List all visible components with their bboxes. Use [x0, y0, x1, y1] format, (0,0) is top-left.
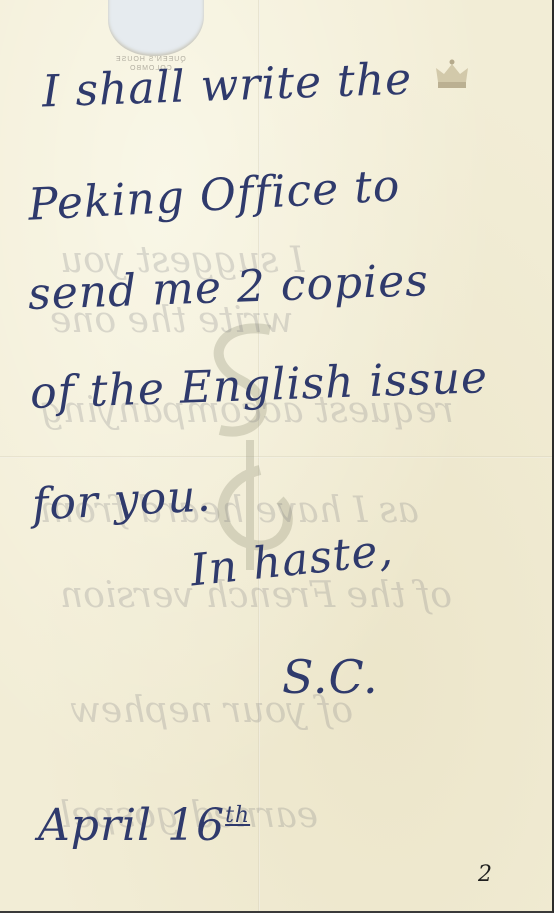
crown-icon: [432, 58, 472, 94]
handwritten-line-2: Peking Office to: [27, 160, 402, 230]
torn-hole: [108, 0, 204, 56]
date-line: April 16th: [38, 800, 250, 851]
page-number: 2: [478, 862, 492, 887]
handwritten-line-5: for you.: [31, 470, 213, 530]
signature-initials: S.C.: [282, 650, 379, 704]
date-text: April 16: [38, 800, 225, 851]
handwritten-line-1: I shall write the: [41, 54, 413, 118]
letter-page: QUEEN'S HOUSE COLOMBO I suggest you writ…: [0, 0, 554, 913]
date-suffix: th: [225, 803, 250, 828]
